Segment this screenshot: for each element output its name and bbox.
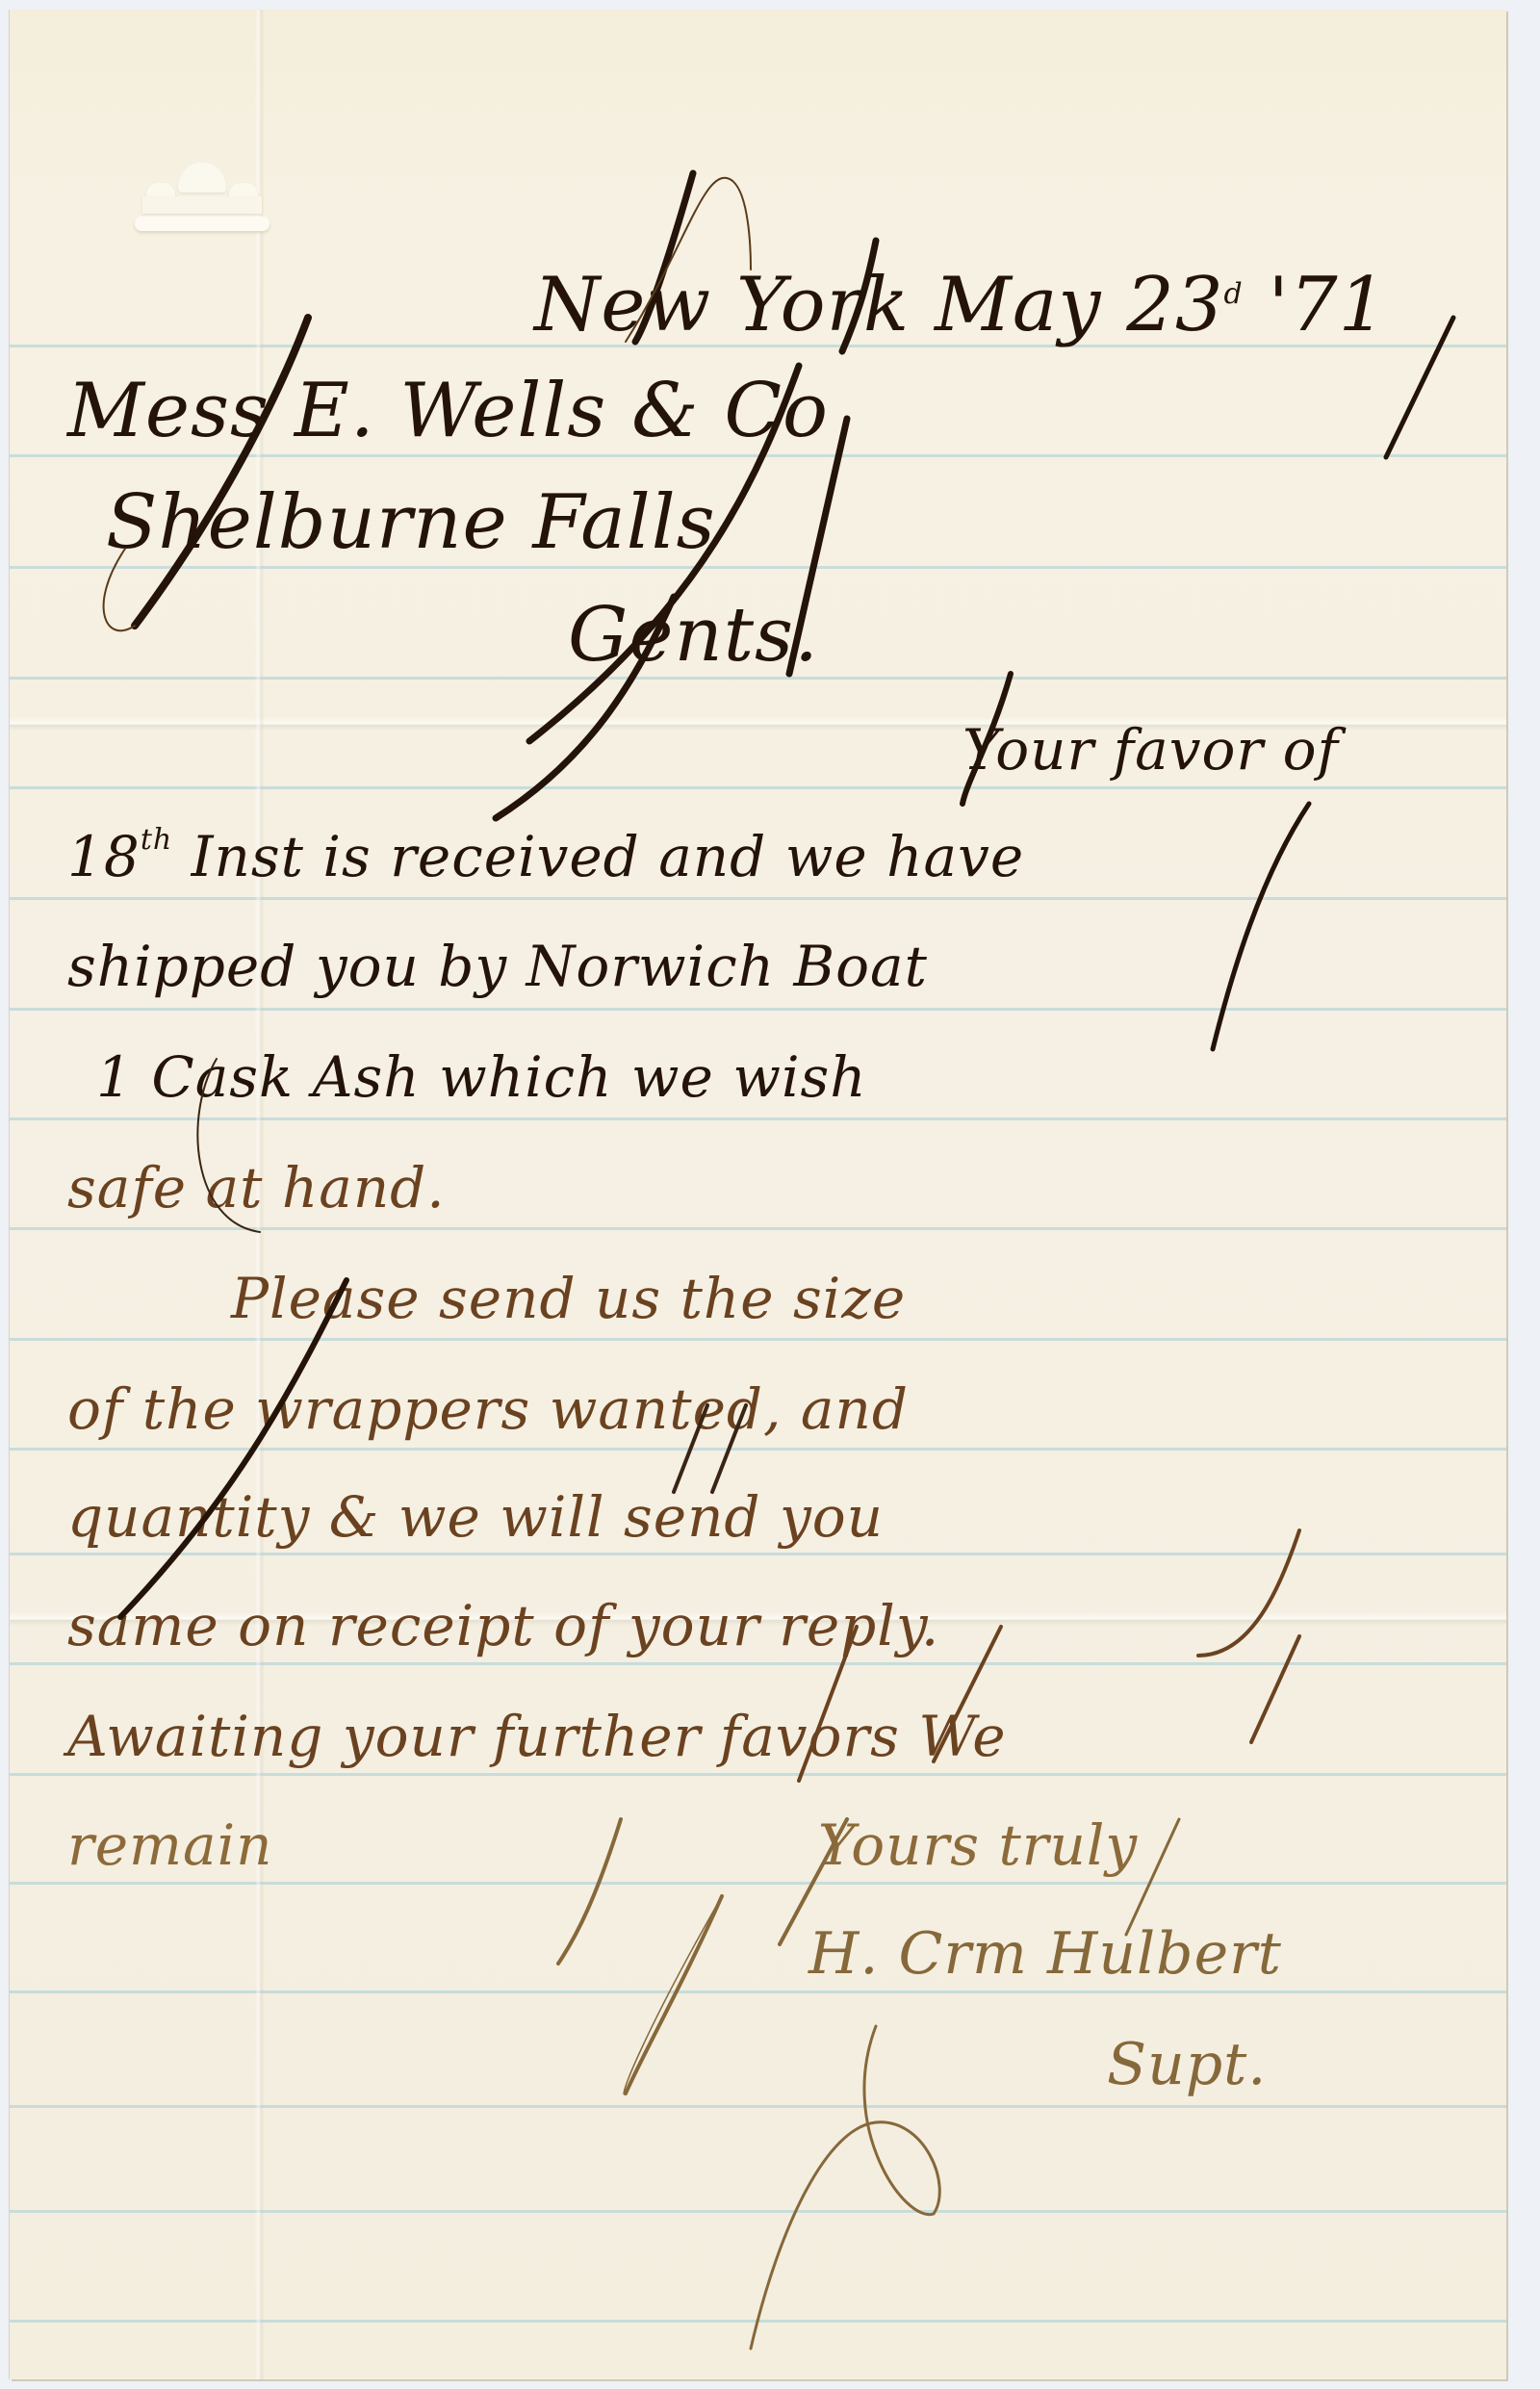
pen-flourishes: [10, 10, 1506, 2379]
letter-paper: New York May 23d '71 Mess E. Wells & Co …: [10, 10, 1506, 2379]
